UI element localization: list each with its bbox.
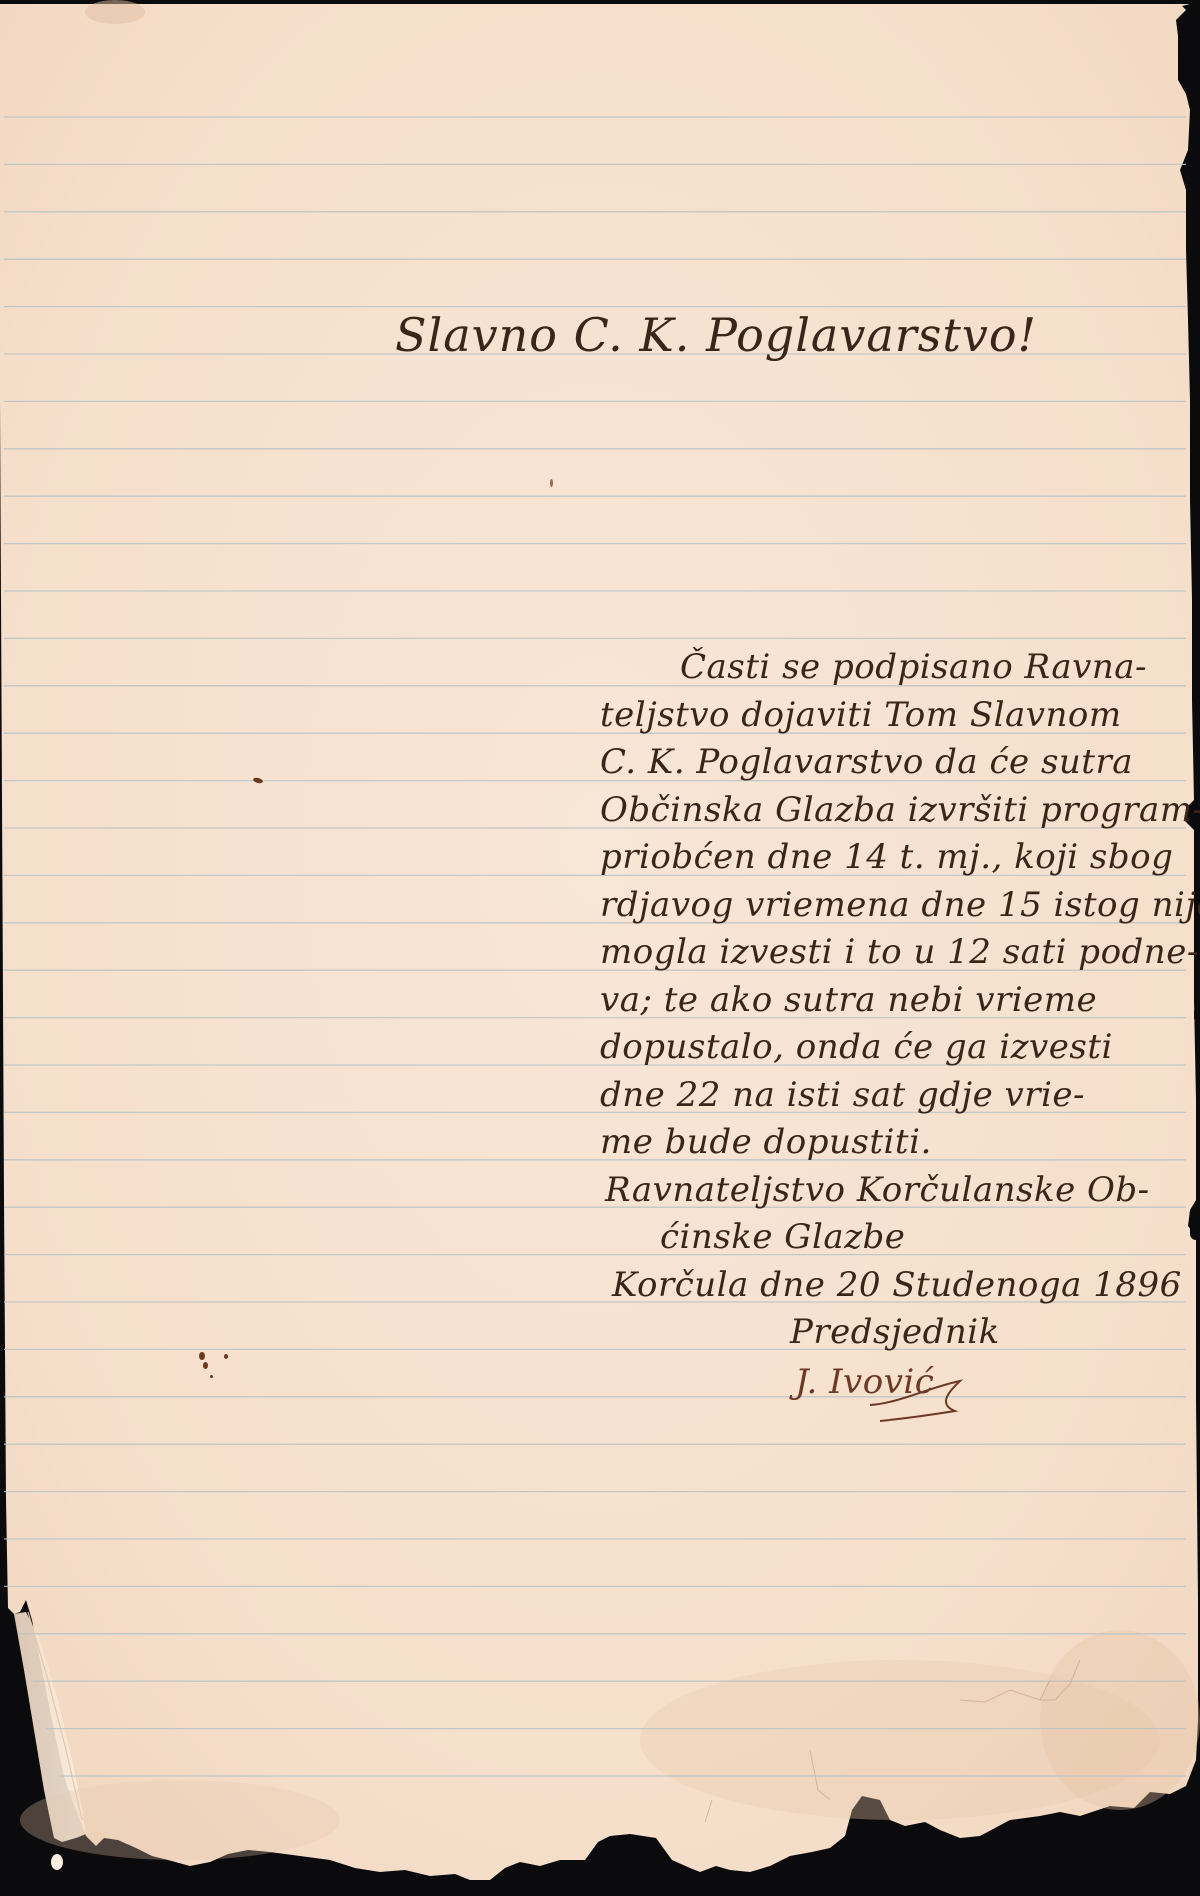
body-line: C. K. Poglavarstvo da će sutra (600, 745, 1133, 779)
ink-speck (199, 1352, 205, 1360)
body-line: rdjavog vriemena dne 15 istog nije ga (600, 888, 1200, 922)
binding-hole (1188, 30, 1200, 72)
binding-hole (1193, 104, 1200, 120)
body-line: mogla izvesti i to u 12 sati podne- (600, 935, 1199, 969)
signature-flourish (860, 1375, 980, 1425)
body-line: dopustalo, onda će ga izvesti (600, 1030, 1113, 1064)
body-line: dne 22 na isti sat gdje vrie- (600, 1078, 1085, 1112)
sender-line-2: ćinske Glazbe (660, 1220, 905, 1254)
body-line: va; te ako sutra nebi vrieme (600, 983, 1097, 1017)
signatory-title: Predsjednik (790, 1315, 1000, 1349)
binding-hole (1192, 298, 1200, 320)
ink-speck (224, 1354, 228, 1359)
body-line: priobćen dne 14 t. mj., koji sbog (600, 840, 1173, 874)
body-line: Občinska Glazba izvršiti program- (600, 793, 1200, 827)
body-line: teljstvo dojaviti Tom Slavnom (600, 698, 1122, 732)
letter-salutation: Slavno C. K. Poglavarstvo! (395, 312, 1037, 358)
ink-speck (210, 1375, 213, 1378)
body-line: me bude dopustiti. (600, 1125, 932, 1159)
ink-speck (203, 1362, 208, 1369)
body-line: Časti se podpisano Ravna- (680, 650, 1147, 684)
sender-line-1: Ravnateljstvo Korčulanske Ob- (605, 1173, 1150, 1207)
scanned-letter-page: Slavno C. K. Poglavarstvo! Časti se podp… (0, 0, 1200, 1896)
binding-hole (1194, 1008, 1200, 1022)
binding-hole (1190, 1212, 1200, 1240)
place-date: Korčula dne 20 Studenoga 1896 (612, 1268, 1182, 1302)
ink-speck (550, 479, 553, 487)
